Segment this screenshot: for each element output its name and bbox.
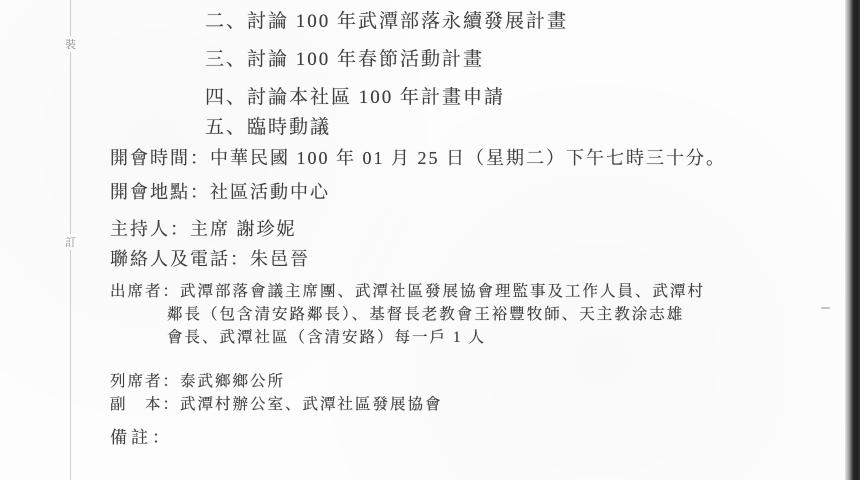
attendees-line-3: 會長、武潭社區（含清安路）每一戶 1 人 <box>167 325 486 347</box>
binding-char-zhuang: 裝 <box>62 36 79 52</box>
contact-line: 聯絡人及電話：朱邑晉 <box>110 245 310 271</box>
scan-edge-right <box>845 0 860 480</box>
agenda-item-3: 三、討論 100 年春節活動計畫 <box>205 44 484 71</box>
remarks-line: 備註： <box>110 423 173 448</box>
agenda-item-4: 四、討論本社區 100 年計畫申請 <box>205 82 505 109</box>
chairperson-line: 主持人：主席 謝珍妮 <box>110 215 297 241</box>
observers-line: 列席者：泰武鄉鄉公所 <box>110 369 285 391</box>
agenda-item-2: 二、討論 100 年武潭部落永續發展計畫 <box>205 6 568 33</box>
copy-to-line: 副 本：武潭村辦公室、武潭社區發展協會 <box>110 392 443 414</box>
agenda-item-5: 五、臨時動議 <box>205 112 331 139</box>
meeting-time-line: 開會時間：中華民國 100 年 01 月 25 日（星期二）下午七時三十分。 <box>110 144 726 170</box>
scan-speckle <box>821 307 830 309</box>
attendees-line-1: 出席者：武潭部落會議主席團、武潭社區發展協會理監事及工作人員、武潭村 <box>110 279 705 301</box>
attendees-line-2: 鄰長（包含清安路鄰長）、基督長老教會王裕豐牧師、天主教涂志雄 <box>167 302 684 324</box>
binding-char-ding: 訂 <box>62 234 79 250</box>
scanned-meeting-notice-page: 裝 訂 二、討論 100 年武潭部落永續發展計畫 三、討論 100 年春節活動計… <box>0 0 860 480</box>
meeting-place-line: 開會地點：社區活動中心 <box>110 178 330 204</box>
